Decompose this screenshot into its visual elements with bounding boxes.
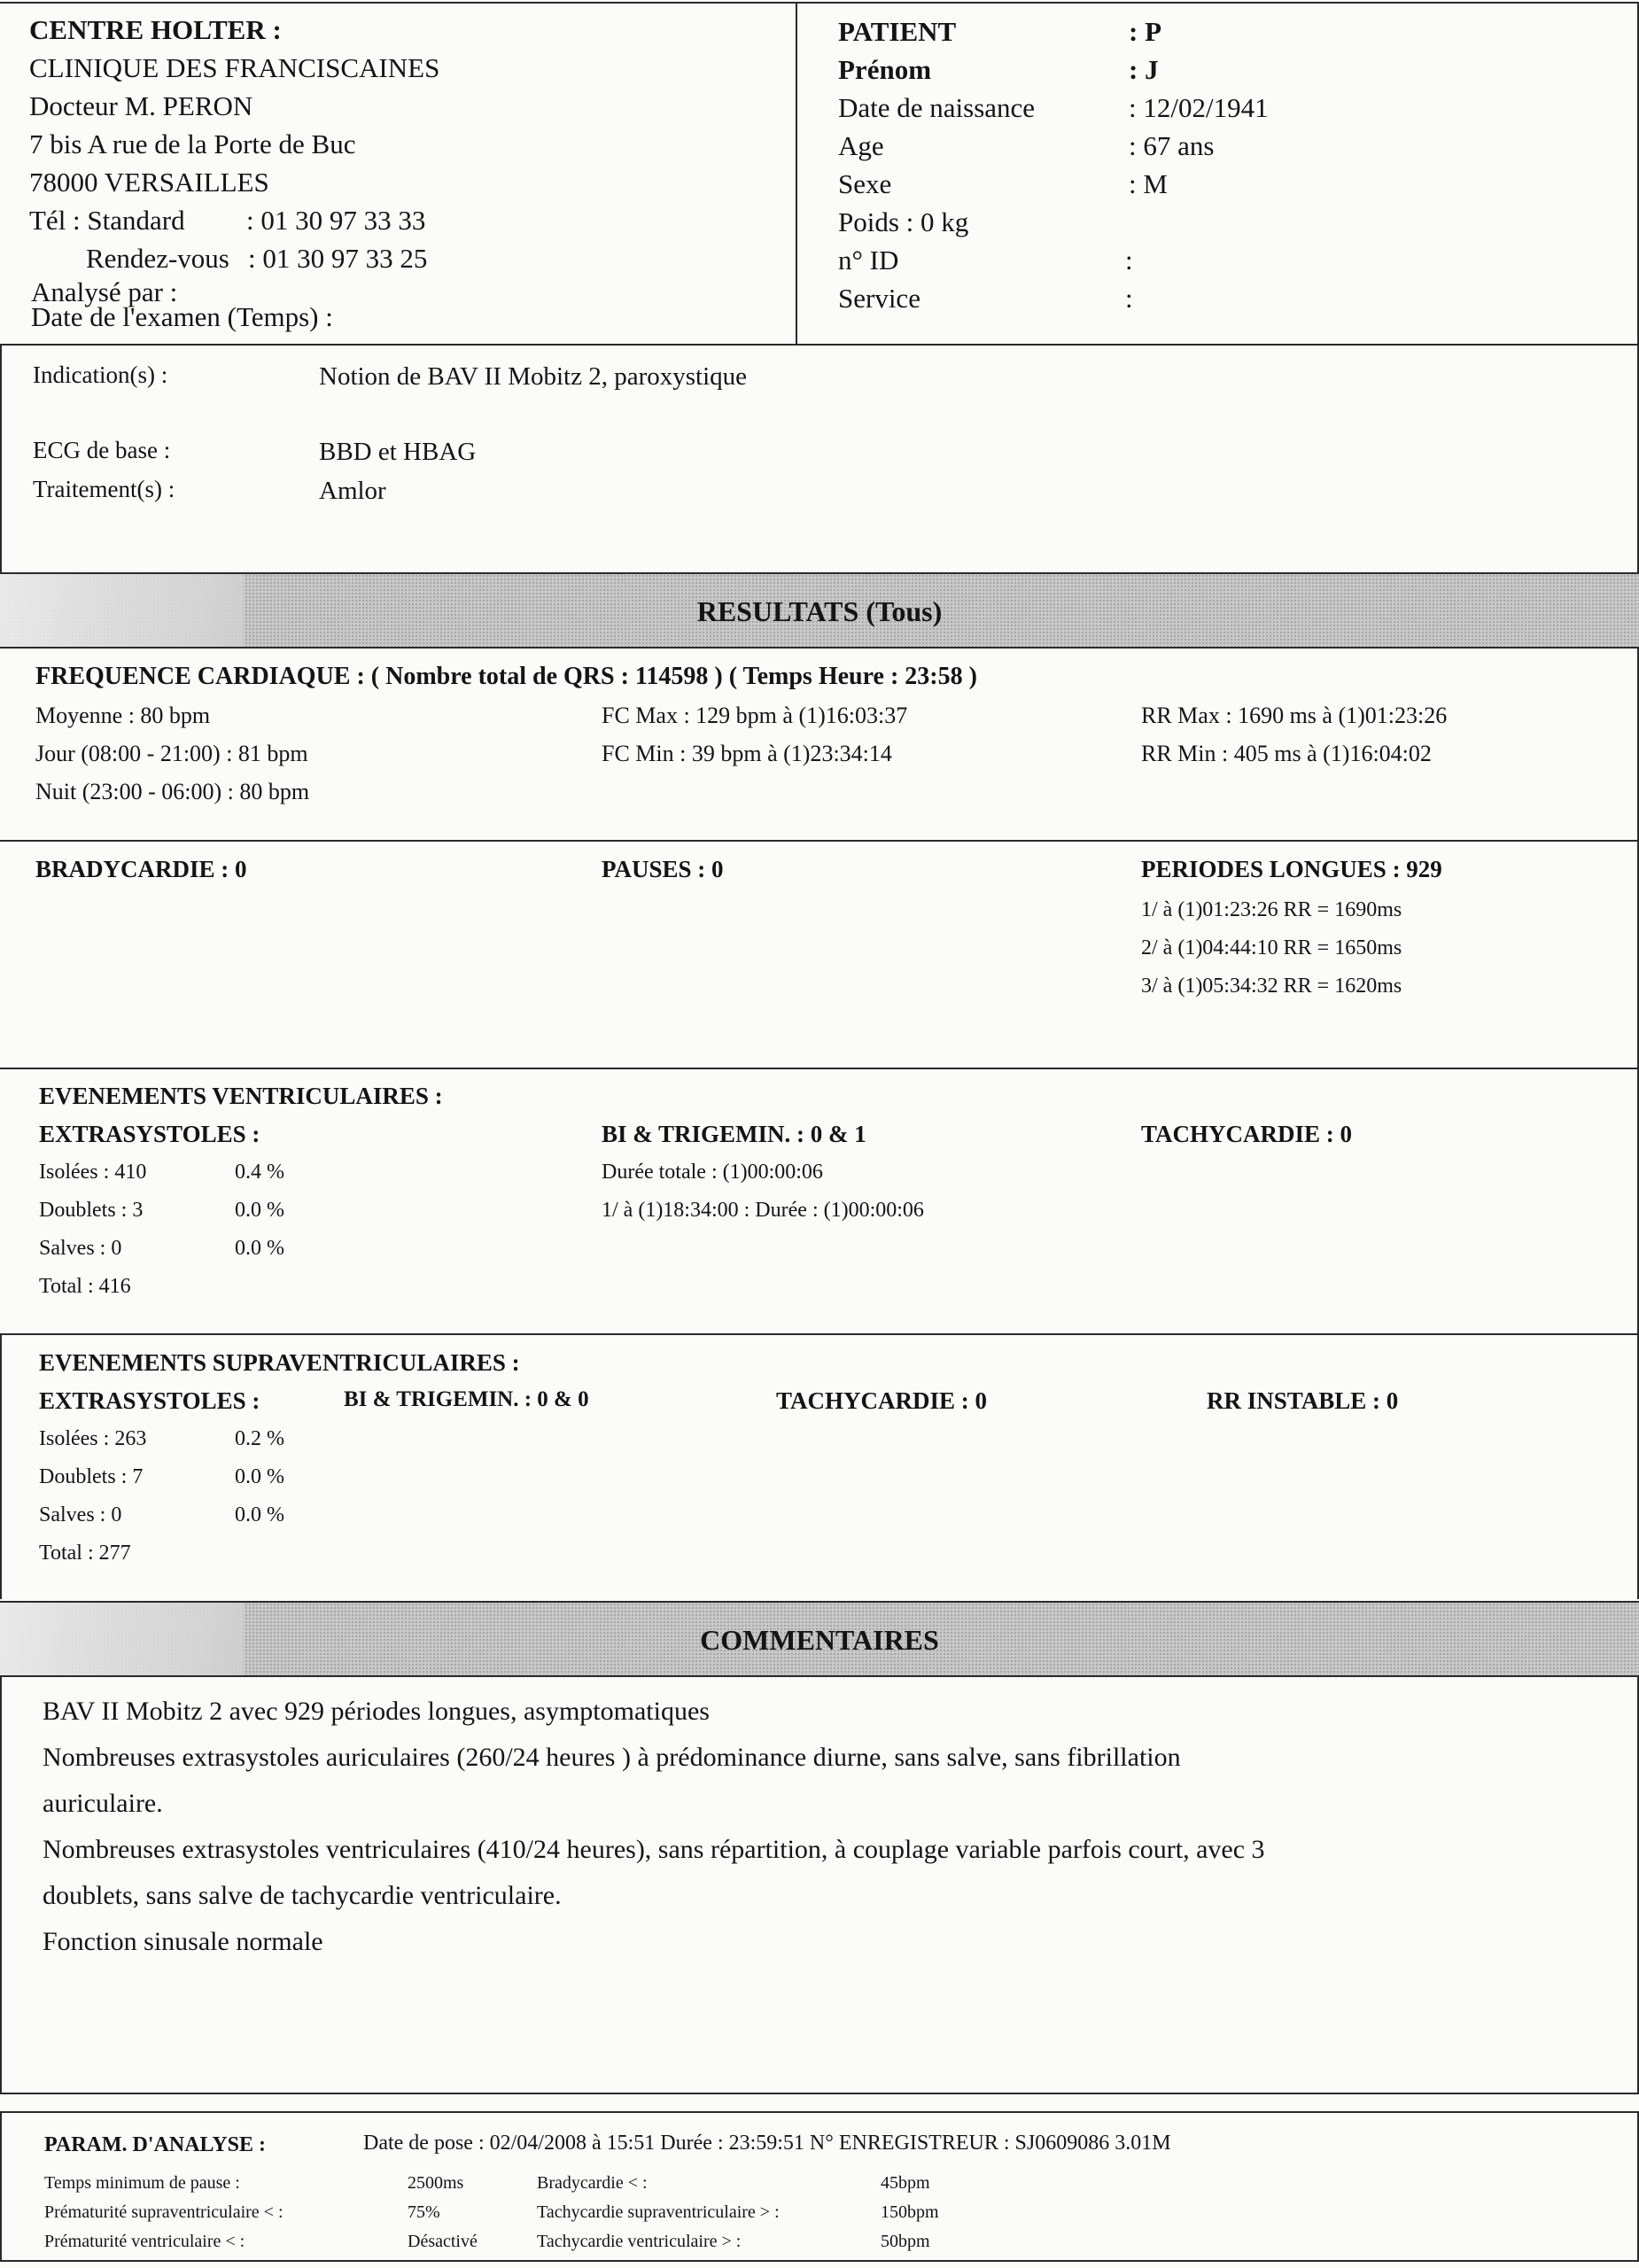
sexe-value: : M [1129, 165, 1168, 203]
comment-line: Fonction sinusale normale [43, 1927, 323, 1957]
tel-label: Tél : Standard [29, 201, 185, 239]
supra-title: EVENEMENTS SUPRAVENTRICULAIRES : [39, 1349, 520, 1377]
traitement-value: Amlor [319, 472, 386, 510]
prenom-value: : J [1129, 50, 1159, 89]
rdv-value: : 01 30 97 33 25 [248, 239, 427, 277]
param-label: Bradycardie < : [537, 2173, 648, 2194]
vent-extra-title: EXTRASYSTOLES : [39, 1121, 260, 1148]
vent-bi-duree: Durée totale : (1)00:00:06 [602, 1161, 823, 1184]
periodes-longues-title: PERIODES LONGUES : 929 [1141, 856, 1442, 883]
commentaires-band: COMMENTAIRES [0, 1601, 1639, 1677]
vent-bi-event: 1/ à (1)18:34:00 : Durée : (1)00:00:06 [602, 1199, 924, 1223]
vent-doublets: Doublets : 3 [39, 1199, 143, 1223]
doctor-name: Docteur M. PERON [29, 87, 252, 125]
divider [0, 1068, 1639, 1069]
indication-value: Notion de BAV II Mobitz 2, paroxystique [319, 358, 747, 396]
vent-title: EVENEMENTS VENTRICULAIRES : [39, 1083, 443, 1110]
dob-value: : 12/02/1941 [1129, 89, 1269, 127]
supra-doublets: Doublets : 7 [39, 1465, 143, 1489]
periode-item: 3/ à (1)05:34:32 RR = 1620ms [1141, 975, 1402, 998]
patient-label: PATIENT [838, 12, 956, 50]
traitement-label: Traitement(s) : [33, 476, 175, 503]
sexe-label: Sexe [838, 165, 891, 203]
clinic-name: CLINIQUE DES FRANCISCAINES [29, 49, 439, 87]
fc-jour: Jour (08:00 - 21:00) : 81 bpm [35, 741, 308, 767]
supra-rr-instable: RR INSTABLE : 0 [1207, 1387, 1398, 1415]
params-title: PARAM. D'ANALYSE : [44, 2133, 266, 2157]
vent-doublets-pct: 0.0 % [235, 1199, 284, 1223]
param-label: Tachycardie ventriculaire > : [537, 2232, 741, 2252]
vent-total: Total : 416 [39, 1275, 131, 1299]
service-value: : [1125, 279, 1133, 317]
poids-label: Poids : 0 kg [838, 203, 968, 241]
param-label: Temps minimum de pause : [44, 2173, 240, 2194]
ecg-value: BBD et HBAG [319, 433, 476, 471]
comment-line: Nombreuses extrasystoles auriculaires (2… [43, 1743, 1181, 1773]
dob-label: Date de naissance [838, 89, 1035, 127]
supra-tachycardie: TACHYCARDIE : 0 [776, 1387, 987, 1415]
periode-item: 1/ à (1)01:23:26 RR = 1690ms [1141, 898, 1402, 922]
age-label: Age [838, 127, 884, 165]
param-value: 2500ms [408, 2173, 463, 2194]
tel-value: : 01 30 97 33 33 [246, 201, 425, 239]
id-value: : [1125, 241, 1133, 279]
comments-left-border [0, 1677, 2, 2093]
fc-min: FC Min : 39 bpm à (1)23:34:14 [602, 741, 892, 767]
divider [0, 1333, 1639, 1335]
supra-salves: Salves : 0 [39, 1503, 121, 1527]
divider [0, 2093, 1639, 2094]
city: 78000 VERSAILLES [29, 163, 269, 201]
fc-moyenne: Moyenne : 80 bpm [35, 703, 210, 729]
supra-total: Total : 277 [39, 1542, 131, 1565]
header-divider [796, 2, 797, 346]
param-value: 75% [408, 2202, 440, 2223]
patient-value: : P [1129, 12, 1161, 50]
age-value: : 67 ans [1129, 127, 1214, 165]
vent-salves-pct: 0.0 % [235, 1237, 284, 1261]
supra-isolees-pct: 0.2 % [235, 1427, 284, 1451]
indication-label: Indication(s) : [33, 361, 167, 389]
comment-line: doublets, sans salve de tachycardie vent… [43, 1881, 562, 1911]
address: 7 bis A rue de la Porte de Buc [29, 125, 356, 163]
prenom-label: Prénom [838, 50, 931, 89]
date-examen: Date de l'examen (Temps) : [31, 304, 333, 330]
supra-isolees: Isolées : 263 [39, 1427, 146, 1451]
rr-max: RR Max : 1690 ms à (1)01:23:26 [1141, 703, 1447, 729]
ecg-label: ECG de base : [33, 437, 170, 464]
comment-line: auriculaire. [43, 1789, 163, 1819]
service-label: Service [838, 279, 920, 317]
supra-left-border [0, 1333, 2, 1599]
vent-salves: Salves : 0 [39, 1237, 121, 1261]
param-value: 150bpm [881, 2202, 939, 2223]
fc-max: FC Max : 129 bpm à (1)16:03:37 [602, 703, 907, 729]
param-value: 45bpm [881, 2173, 930, 2194]
resultats-title: RESULTATS (Tous) [0, 574, 1639, 647]
resultats-band: RESULTATS (Tous) [0, 572, 1639, 649]
divider [0, 840, 1639, 842]
vent-isolees-pct: 0.4 % [235, 1161, 284, 1184]
supra-doublets-pct: 0.0 % [235, 1465, 284, 1489]
param-label: Prématurité supraventriculaire < : [44, 2202, 284, 2223]
indications-left-border [0, 346, 2, 576]
fc-title: FREQUENCE CARDIAQUE : ( Nombre total de … [35, 663, 977, 691]
rr-min: RR Min : 405 ms à (1)16:04:02 [1141, 741, 1432, 767]
pauses-count: PAUSES : 0 [602, 856, 724, 883]
comment-line: BAV II Mobitz 2 avec 929 périodes longue… [43, 1697, 710, 1727]
param-value: Désactivé [408, 2232, 478, 2252]
supra-extra-title: EXTRASYSTOLES : [39, 1387, 260, 1415]
fc-nuit: Nuit (23:00 - 06:00) : 80 bpm [35, 779, 309, 805]
vent-isolees: Isolées : 410 [39, 1161, 146, 1184]
bradycardie-count: BRADYCARDIE : 0 [35, 856, 247, 883]
vent-tachycardie: TACHYCARDIE : 0 [1141, 1121, 1352, 1148]
rdv-label: Rendez-vous [86, 239, 229, 277]
param-label: Prématurité ventriculaire < : [44, 2232, 245, 2252]
supra-bi-trigemin: BI & TRIGEMIN. : 0 & 0 [344, 1387, 589, 1412]
params-header-line: Date de pose : 02/04/2008 à 15:51 Durée … [363, 2132, 1171, 2155]
supra-salves-pct: 0.0 % [235, 1503, 284, 1527]
comment-line: Nombreuses extrasystoles ventriculaires … [43, 1835, 1265, 1865]
param-label: Tachycardie supraventriculaire > : [537, 2202, 780, 2223]
id-label: n° ID [838, 241, 898, 279]
centre-title: CENTRE HOLTER : [29, 11, 282, 49]
commentaires-title: COMMENTAIRES [0, 1603, 1639, 1675]
vent-bi-trigemin: BI & TRIGEMIN. : 0 & 1 [602, 1121, 866, 1148]
param-value: 50bpm [881, 2232, 930, 2252]
periode-item: 2/ à (1)04:44:10 RR = 1650ms [1141, 936, 1402, 960]
